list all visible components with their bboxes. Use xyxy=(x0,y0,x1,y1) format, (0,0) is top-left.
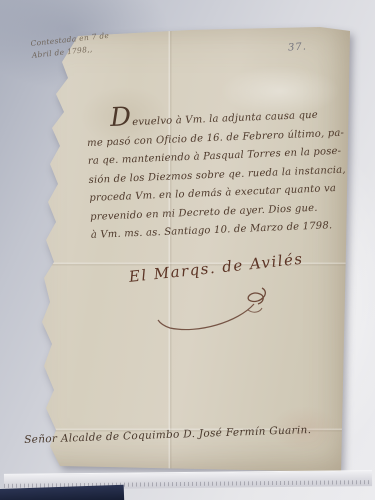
letter-body: Devuelvo à Vm. la adjunta causa que me p… xyxy=(86,104,349,246)
folio-number: 37. xyxy=(288,41,308,53)
signature-rubric xyxy=(150,282,290,342)
fold-crease-vertical xyxy=(168,26,172,472)
paper-shadow-wrap xyxy=(0,0,375,500)
manuscript-photo: Contestada en 7 de Abril de 1798,, 37. D… xyxy=(0,0,375,500)
